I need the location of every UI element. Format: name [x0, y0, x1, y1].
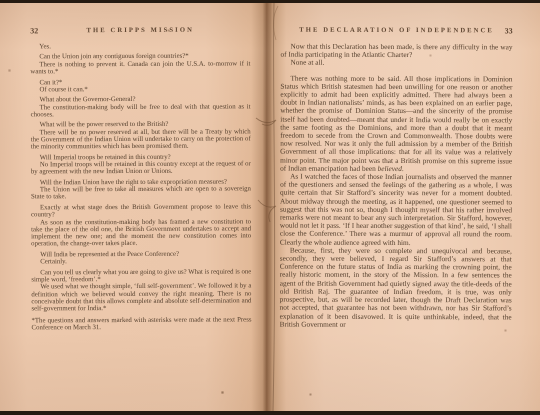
body-paragraph: As I watched the faces of those Indian j… — [280, 173, 512, 248]
qa-answer: Certainly. — [31, 258, 251, 266]
paragraph-text: There was nothing more to be said. All t… — [280, 73, 512, 173]
body-paragraph: Because, first, they were so complete an… — [280, 246, 512, 329]
press-conference-footnote: *The questions and answers marked with a… — [31, 316, 251, 332]
page-right: THE DECLARATION OF INDEPENDENCE 33 Now t… — [265, 3, 530, 412]
body-paragraph: There was nothing more to be said. All t… — [280, 74, 512, 173]
page-left: 32 THE CRIPPS MISSION Yes. Can the Union… — [0, 2, 261, 411]
qa-answer: The constitution-making body will be fre… — [31, 103, 251, 119]
qa-answer: There will be no power reserved at all, … — [31, 128, 251, 151]
right-page-number: 33 — [505, 26, 513, 35]
qa-question: Exactly at what stage does the British G… — [31, 203, 251, 219]
scan-bottom-edge — [0, 411, 540, 415]
qa-answer: Yes. — [30, 42, 250, 50]
qa-answer: No Imperial troops will be retained in t… — [31, 161, 251, 177]
right-running-head: THE DECLARATION OF INDEPENDENCE — [299, 27, 494, 35]
book-scan: 32 THE CRIPPS MISSION Yes. Can the Union… — [0, 0, 540, 415]
qa-answer: As soon as the constitution-making body … — [31, 218, 251, 248]
left-page-header: 32 THE CRIPPS MISSION — [30, 26, 250, 38]
left-page-body: Yes. Can the Union join any contiguous f… — [30, 42, 251, 332]
scan-top-edge — [0, 0, 540, 3]
qa-answer: The Union will be free to take all measu… — [31, 186, 251, 202]
qa-answer: None at all. — [280, 59, 512, 68]
qa-question: Can you tell us clearly what you are goi… — [31, 268, 251, 284]
qa-answer: Of course it can.* — [30, 85, 250, 93]
right-page-body: Now that this Declaration has been made,… — [280, 43, 513, 330]
left-running-head: THE CRIPPS MISSION — [86, 27, 193, 34]
right-page-header: THE DECLARATION OF INDEPENDENCE 33 — [281, 27, 513, 39]
qa-answer: There is nothing to prevent it. Canada c… — [30, 60, 250, 76]
left-page-number: 32 — [30, 26, 38, 35]
qa-answer: We used what we thought simple, ‘full se… — [31, 283, 251, 313]
